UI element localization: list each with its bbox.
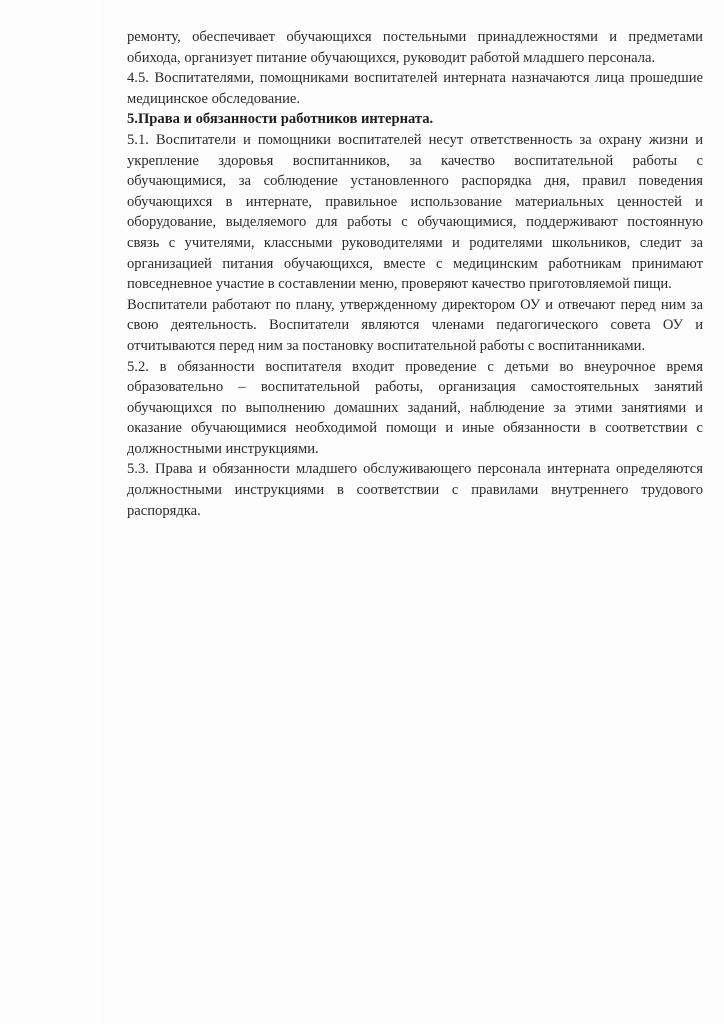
- scan-edge-shadow: [102, 0, 105, 1024]
- paragraph-5-1-continued: Воспитатели работают по плану, утвержден…: [127, 295, 703, 357]
- section-heading: 5.Права и обязанности работников интерна…: [127, 109, 703, 130]
- paragraph-5-1: 5.1. Воспитатели и помощники воспитателе…: [127, 130, 703, 295]
- paragraph-4-4-continuation: ремонту, обеспечивает обучающихся постел…: [127, 27, 703, 68]
- text-line: оборудование, выделяемого для работы с о…: [127, 212, 703, 233]
- text-line: 4.5. Воспитателями, помощниками воспитат…: [127, 68, 703, 89]
- paragraph-4-5: 4.5. Воспитателями, помощниками воспитат…: [127, 68, 703, 109]
- text-line: укрепление здоровья воспитанников, за ка…: [127, 151, 703, 172]
- text-line: должностными инструкциями.: [127, 439, 703, 460]
- text-line: 5.1. Воспитатели и помощники воспитателе…: [127, 130, 703, 151]
- text-line: Воспитатели работают по плану, утвержден…: [127, 295, 703, 316]
- paragraph-5-2: 5.2. в обязанности воспитателя входит пр…: [127, 357, 703, 460]
- document-page: ремонту, обеспечивает обучающихся постел…: [127, 27, 703, 521]
- text-line: распорядка.: [127, 501, 703, 522]
- text-line: обучающимися, за соблюдение установленно…: [127, 171, 703, 192]
- text-line: медицинское обследование.: [127, 89, 703, 110]
- text-line: свою деятельность. Воспитатели являются …: [127, 315, 703, 336]
- text-line: отчитываются перед ним за постановку вос…: [127, 336, 703, 357]
- text-line: обучающихся в интернате, правильное испо…: [127, 192, 703, 213]
- text-line: организацией питания обучающихся, вместе…: [127, 254, 703, 275]
- section-5-heading: 5.Права и обязанности работников интерна…: [127, 109, 703, 130]
- text-line: ремонту, обеспечивает обучающихся постел…: [127, 27, 703, 48]
- text-line: образовательно – воспитательной работы, …: [127, 377, 703, 398]
- text-line: должностными инструкциями в соответствии…: [127, 480, 703, 501]
- paragraph-5-3: 5.3. Права и обязанности младшего обслуж…: [127, 459, 703, 521]
- text-line: повседневное участие в составлении меню,…: [127, 274, 703, 295]
- text-line: связь с учителями, классными руководител…: [127, 233, 703, 254]
- text-line: 5.2. в обязанности воспитателя входит пр…: [127, 357, 703, 378]
- text-line: обучающихся по выполнению домашних задан…: [127, 398, 703, 419]
- text-line: 5.3. Права и обязанности младшего обслуж…: [127, 459, 703, 480]
- text-line: обихода, организует питание обучающихся,…: [127, 48, 703, 69]
- text-line: оказание обучающимися необходимой помощи…: [127, 418, 703, 439]
